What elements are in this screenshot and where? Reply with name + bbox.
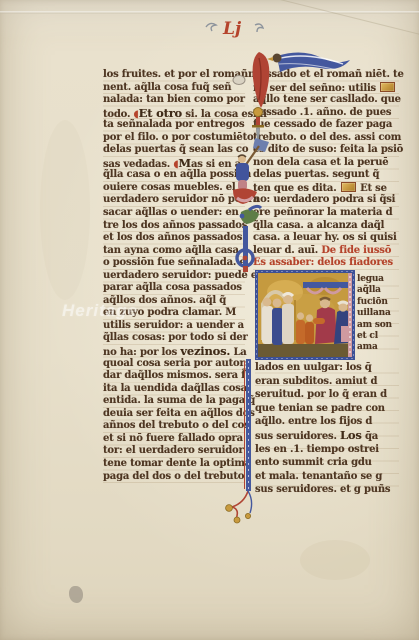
axe-handle: [245, 146, 259, 166]
margin-bar-drolleries: [215, 40, 365, 540]
body-text: nent. aq̃lla cosa fuq̃ señ: [103, 82, 231, 93]
watermark-text: Heritage: [62, 301, 362, 321]
body-text: M: [178, 156, 191, 170]
dragon-wing: [249, 206, 261, 210]
ink-smudge: [69, 586, 83, 603]
quire-mark-letters: Lj: [222, 19, 242, 39]
dragon-head: [240, 214, 245, 219]
gold-line-filler: [380, 82, 395, 92]
gold-ivy-leaf: [245, 513, 250, 518]
sword-pommel: [254, 108, 263, 117]
body-text: no ha: por los: [103, 347, 180, 358]
sword-grip: [256, 117, 260, 125]
sword-crossguard: [252, 125, 264, 128]
glove: [233, 76, 245, 85]
gold-ivy-leaf: [226, 505, 233, 512]
parchment-stain: [40, 120, 90, 300]
body-text: todo.: [103, 109, 134, 120]
drollery-man-tunic: [236, 163, 249, 181]
quire-mark-ornament: Lj: [203, 13, 265, 43]
parchment-stain: [300, 540, 370, 580]
gold-ivy-leaf: [234, 517, 240, 523]
parchment-crease-diagonal: [268, 0, 419, 38]
manuscript-page: Lj los fruites. et por el romañnnent. aq…: [0, 0, 419, 640]
body-text: Et otro: [139, 106, 182, 120]
bird-head: [273, 54, 282, 63]
bar-tail: [246, 359, 251, 491]
